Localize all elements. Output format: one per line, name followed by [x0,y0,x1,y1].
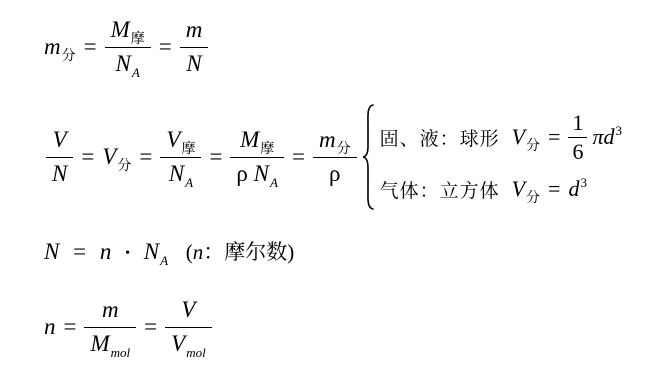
numerator: M摩 [230,128,284,157]
subscript-fen: 分 [117,159,131,174]
numerator: m分 [313,128,357,157]
denominator: Mmol [84,328,136,356]
equals-sign: = [548,176,560,202]
variable-V: V [512,124,525,149]
open-paren: ( [186,240,193,264]
variable-N: N [44,239,59,264]
numerator: V [46,128,73,157]
term-avogadro: NA [144,239,168,264]
numerator: m [84,298,136,327]
variable-V: V [181,297,195,322]
digit-six: 6 [572,139,583,164]
fraction-mass-over-molar-mass: m Mmol [84,298,136,355]
denominator: N [180,48,209,76]
equals-sign: = [139,144,152,170]
equals-sign: = [292,144,305,170]
numerator: 1 [568,111,587,137]
variable-N: N [169,161,184,186]
digit-one: 1 [572,110,583,135]
variable-V: V [171,331,185,356]
subscript-A: A [185,175,193,190]
term-pi-d-cubed: πd3 [592,124,622,150]
variable-d: d [568,176,579,201]
subscript-fen: 分 [526,191,540,206]
subscript-fen: 分 [526,139,540,154]
variable-m: m [102,297,119,322]
subscript-fen: 分 [62,49,76,64]
subscript-fen: 分 [337,142,351,157]
equals-sign: = [73,239,86,264]
variable-M: M [111,17,130,42]
variable-V: V [166,127,180,152]
subscript-A: A [160,253,168,268]
formula-sheet: { "page": { "background": "#ffffff", "te… [0,0,657,376]
exponent-three: 3 [615,123,622,138]
variable-m: m [186,17,203,42]
fraction-volume-over-count: V N [46,128,73,185]
variable-n: n [44,314,56,340]
variable-d: d [603,124,614,149]
denominator: ρ NA [230,158,284,186]
fraction-molar-volume-over-avogadro: V摩 NA [160,128,201,185]
term-m-molecule: m分 [44,34,76,60]
numerator: V摩 [160,128,201,157]
term-v-molecule: V分 [512,124,540,150]
denominator: Vmol [165,328,212,356]
equals-sign: = [84,34,97,60]
numerator: m [180,18,209,47]
variable-V: V [512,176,525,201]
variable-V: V [102,144,116,169]
variable-N: N [186,51,201,76]
denominator: 6 [568,138,587,163]
fraction-mass-over-count: m N [180,18,209,75]
variable-n: n [100,239,112,264]
equals-sign: = [209,144,222,170]
equals-sign: = [548,124,560,150]
case-solid-label: 固、液：球形 [380,124,500,151]
numerator: V [165,298,212,327]
case-gas-label: 气体：立方体 [380,176,500,203]
variable-m: m [44,34,61,59]
variable-M: M [240,127,259,152]
note-text: ：摩尔数) [203,240,294,264]
denominator: NA [105,48,151,76]
formula-molecule-mass: m分 = M摩 NA = m N [44,12,208,82]
mole-number-note: (n：摩尔数) [186,240,295,264]
variable-N: N [52,161,67,186]
exponent-three: 3 [580,175,587,190]
denominator: ρ [313,158,357,186]
formula-particle-count: N = n • NA (n：摩尔数) [44,236,294,266]
variable-N: N [116,51,131,76]
subscript-mol: mol [186,345,206,360]
variable-rho: ρ [236,161,247,186]
variable-N: N [144,239,159,264]
left-brace-icon [361,103,375,211]
term-d-cubed: d3 [568,176,587,202]
subscript-mo: 摩 [260,142,274,157]
variable-M: M [90,331,109,356]
equals-sign: = [144,314,157,340]
subscript-A: A [132,65,140,80]
variable-n: n [193,240,204,264]
variable-m: m [319,127,336,152]
fraction-molar-mass-over-avogadro: M摩 NA [105,18,151,75]
variable-rho: ρ [329,161,340,186]
numerator: M摩 [105,18,151,47]
case-gas: 气体：立方体 V分 = d3 [380,176,622,203]
fraction-one-sixth: 1 6 [568,111,587,162]
equals-sign: = [81,144,94,170]
fraction-volume-over-molar-volume: V Vmol [165,298,212,355]
subscript-A: A [270,175,278,190]
variable-V: V [53,127,67,152]
equals-sign: = [159,34,172,60]
denominator: N [46,158,73,186]
term-v-molecule: V分 [102,144,131,170]
fraction-molar-mass-over-rho-avogadro: M摩 ρ NA [230,128,284,185]
fraction-molecule-mass-over-rho: m分 ρ [313,128,357,185]
pi-symbol: π [592,124,603,149]
case-solid-liquid: 固、液：球形 V分 = 1 6 πd3 [380,111,622,162]
multiplication-dot: • [125,246,130,261]
cases-group: 固、液：球形 V分 = 1 6 πd3 气体：立方体 V分 = d3 [361,103,622,211]
term-v-molecule: V分 [512,176,540,202]
subscript-mol: mol [111,345,131,360]
formula-mole-number: n = m Mmol = V Vmol [44,290,212,364]
equals-sign: = [64,314,77,340]
cases-column: 固、液：球形 V分 = 1 6 πd3 气体：立方体 V分 = d3 [380,111,622,202]
variable-N: N [254,161,269,186]
subscript-mo: 摩 [181,142,195,157]
denominator: NA [160,158,201,186]
formula-molecule-volume: V N = V分 = V摩 NA = M摩 ρ NA = m分 ρ 固、液：球形… [46,99,622,215]
subscript-mo: 摩 [131,32,145,47]
